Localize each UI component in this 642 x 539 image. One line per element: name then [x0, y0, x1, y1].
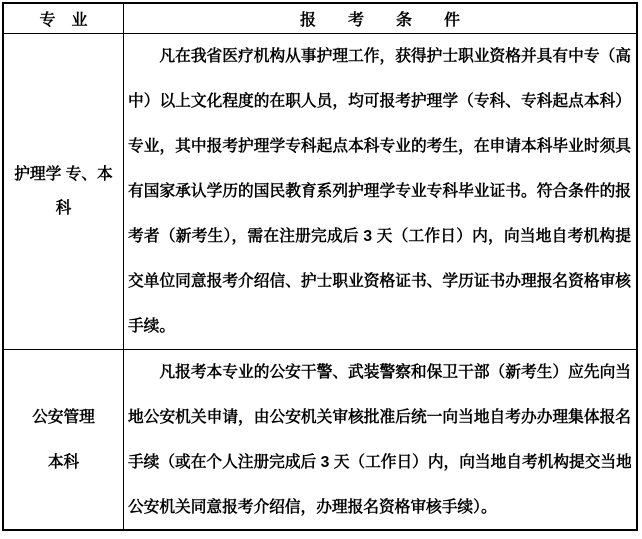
text-line: 凡在我省医疗机构从事护理工作，获得护士职业资格并具有中专（高: [128, 34, 631, 79]
condition-cell-nursing: 凡在我省医疗机构从事护理工作，获得护士职业资格并具有中专（高 中）以上文化程度的…: [124, 34, 636, 349]
header-row: 专 业 报 考 条 件: [4, 4, 636, 33]
header-cell-conditions: 报 考 条 件: [124, 4, 636, 33]
header-cell-major: 专 业: [4, 4, 124, 33]
document-page: { "colors": { "background": "#ffffff", "…: [0, 0, 642, 539]
major-cell-public-security: 公安管理 本科: [4, 350, 124, 529]
text-line: 地公安机关申请，由公安机关审核批准后统一向当地自考办办理集体报名: [128, 395, 631, 440]
table-row-nursing: 护理学 专、本 科 凡在我省医疗机构从事护理工作，获得护士职业资格并具有中专（高…: [4, 33, 636, 349]
text-line: 有国家承认学历的国民教育系列护理学专业专科毕业证书。符合条件的报: [128, 169, 631, 214]
majors-requirements-table: 专 业 报 考 条 件 护理学 专、本 科 凡在我省医疗机构从事护理工作，获得护…: [2, 2, 638, 531]
text-line: 中）以上文化程度的在职人员，均可报考护理学（专科、专科起点本科）: [128, 79, 631, 124]
text-line: 考者（新考生），需在注册完成后 3 天（工作日）内，向当地自考机构提: [128, 214, 631, 259]
major-cell-nursing: 护理学 专、本 科: [4, 34, 124, 349]
text-line: 公安机关同意报考介绍信，办理报名资格审核手续）。: [128, 485, 631, 529]
text-line: 专业，其中报考护理学专科起点本科专业的考生，在申请本科毕业时须具: [128, 124, 631, 169]
text-line: 手续。: [128, 304, 631, 349]
condition-cell-public-security: 凡报考本专业的公安干警、武装警察和保卫干部（新考生）应先向当 地公安机关申请，由…: [124, 350, 636, 529]
major-name-line: 公安管理: [32, 395, 95, 440]
major-name-line: 本科: [48, 440, 79, 485]
major-name-line: 科: [56, 192, 72, 226]
table-row-public-security: 公安管理 本科 凡报考本专业的公安干警、武装警察和保卫干部（新考生）应先向当 地…: [4, 349, 636, 529]
text-line: 凡报考本专业的公安干警、武装警察和保卫干部（新考生）应先向当: [128, 350, 631, 395]
text-line: 手续（或在个人注册完成后 3 天（工作日）内，向当地自考机构提交当地: [128, 440, 631, 485]
major-name-line: 护理学 专、本: [14, 158, 112, 192]
text-line: 交单位同意报考介绍信、护士职业资格证书、学历证书办理报名资格审核: [128, 259, 631, 304]
